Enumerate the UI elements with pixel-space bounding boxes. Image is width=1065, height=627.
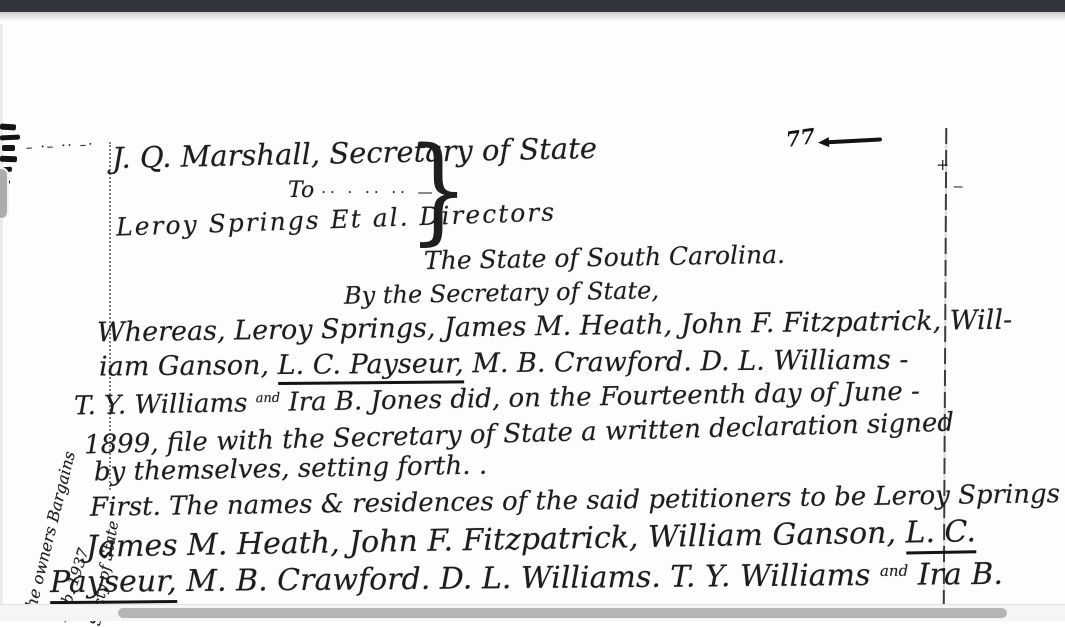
margin-tick-dash: ‒ xyxy=(953,176,963,195)
doc-line-4: The State of South Carolina. xyxy=(424,240,785,275)
doc-line-10: by themselves, setting forth. . xyxy=(94,451,488,488)
left-arrow-ink-mark xyxy=(820,134,882,147)
doc-line-13: Payseur, M. B. Crawford. D. L. Williams.… xyxy=(50,557,1003,600)
doc-line-7: iam Ganson, L. C. Payseur, M. B. Crawfor… xyxy=(99,344,909,382)
doc-line-6: Whereas, Leroy Springs, James M. Heath, … xyxy=(97,305,1012,349)
doc-line-3: Leroy Springs Et al. Directors xyxy=(116,197,557,241)
arrow-shaft xyxy=(826,137,882,144)
doc-line-12: James M. Heath, John F. Fitzpatrick, Wil… xyxy=(86,514,976,565)
left-edge-scroll-handle[interactable] xyxy=(0,169,7,218)
doc-line-2: To ·· · ·· ·· — · xyxy=(288,178,454,203)
doc-line-1: J. Q. Marshall, Secretary of State xyxy=(112,131,598,175)
ink-dash-marks: – ·– ·· –· xyxy=(26,137,95,156)
margin-tick-plus: + xyxy=(936,155,949,174)
underlined-name-payseur: L. C. Payseur, xyxy=(278,348,464,385)
scanned-document-page: – ·– ·· –· 77 } + ‒ J. Q. Marshall, Secr… xyxy=(0,12,1065,620)
page-left-edge xyxy=(0,24,3,616)
horizontal-scrollbar-thumb[interactable] xyxy=(118,608,1007,618)
underlined-initials-lc: L. C. xyxy=(905,514,976,554)
doc-line-5: By the Secretary of State, xyxy=(344,276,659,309)
horizontal-scrollbar-track[interactable] xyxy=(0,604,1065,620)
page-number-annotation: 77 xyxy=(784,123,816,152)
trailing-dots: ·· · ·· ·· — · xyxy=(321,183,454,201)
viewer-top-bar xyxy=(0,0,1065,12)
